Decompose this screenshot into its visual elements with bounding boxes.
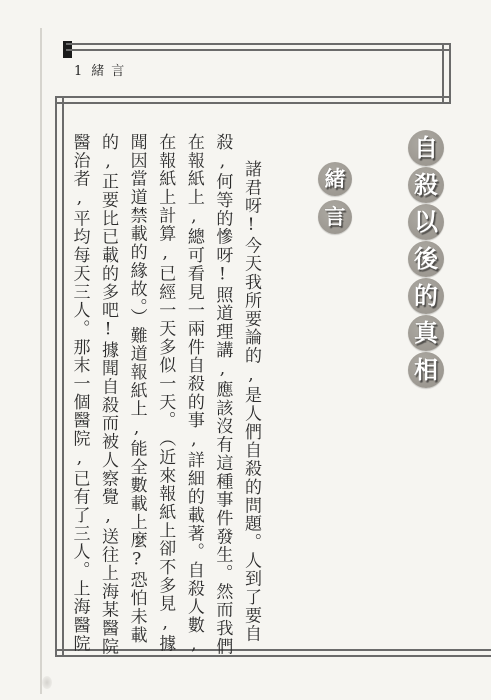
section-title-char: 言 xyxy=(318,200,352,234)
book-title-char: 以 xyxy=(408,204,444,240)
content-box-top-rule xyxy=(55,96,451,104)
chapter-title: 緒言 xyxy=(91,60,131,79)
book-title-char: 自 xyxy=(408,130,444,166)
body-column: 諸君呀!今天我所要論的,是人們自殺的問題。人到了要自 xyxy=(236,133,265,650)
section-title: 緒 言 xyxy=(318,162,352,234)
scan-artifact-line xyxy=(40,28,42,694)
running-head: 1 緒言 xyxy=(74,60,131,79)
body-column: 的,正要比已載的多吧!據聞自殺而被人察覺,送往上海某醫院 xyxy=(93,133,122,650)
body-column: 在報紙上計算,已經一天多似一天。︵近來報紙上卻不多見,據 xyxy=(151,133,180,650)
book-title-char: 殺 xyxy=(408,167,444,203)
book-title: 自 殺 以 後 的 真 相 xyxy=(408,130,444,388)
page-number: 1 xyxy=(74,64,82,79)
body-column: 醫治者,平均每天三人。那末一個醫院,已有了三人。上海醫院 xyxy=(65,133,94,650)
book-title-char: 後 xyxy=(408,241,444,277)
body-column: 聞因當道禁載的緣故。︶難道報紙上,能全數載上麼?恐怕未載 xyxy=(122,133,151,650)
header-right-rule xyxy=(442,43,451,104)
book-title-char: 真 xyxy=(408,315,444,351)
body-column: 殺,何等的慘呀!照道理講,應該沒有這種事件發生。然而我們 xyxy=(208,133,237,650)
body-text: 諸君呀!今天我所要論的,是人們自殺的問題。人到了要自 殺,何等的慘呀!照道理講,… xyxy=(64,133,265,650)
section-title-char: 緒 xyxy=(318,162,352,196)
content-box-left-rule xyxy=(55,96,64,657)
book-title-char: 相 xyxy=(408,352,444,388)
body-column: 在報紙上,總可看見一兩件自殺的事,詳細的載著。自殺人數, xyxy=(179,133,208,650)
book-title-char: 的 xyxy=(408,278,444,314)
scan-artifact-smudge xyxy=(42,676,52,689)
scanned-book-page: 1 緒言 自 殺 以 後 的 真 相 緒 言 諸君呀!今天我所要論的,是人們自殺… xyxy=(0,0,491,700)
header-top-rule xyxy=(66,43,451,51)
content-box-bottom-rule xyxy=(55,649,491,657)
